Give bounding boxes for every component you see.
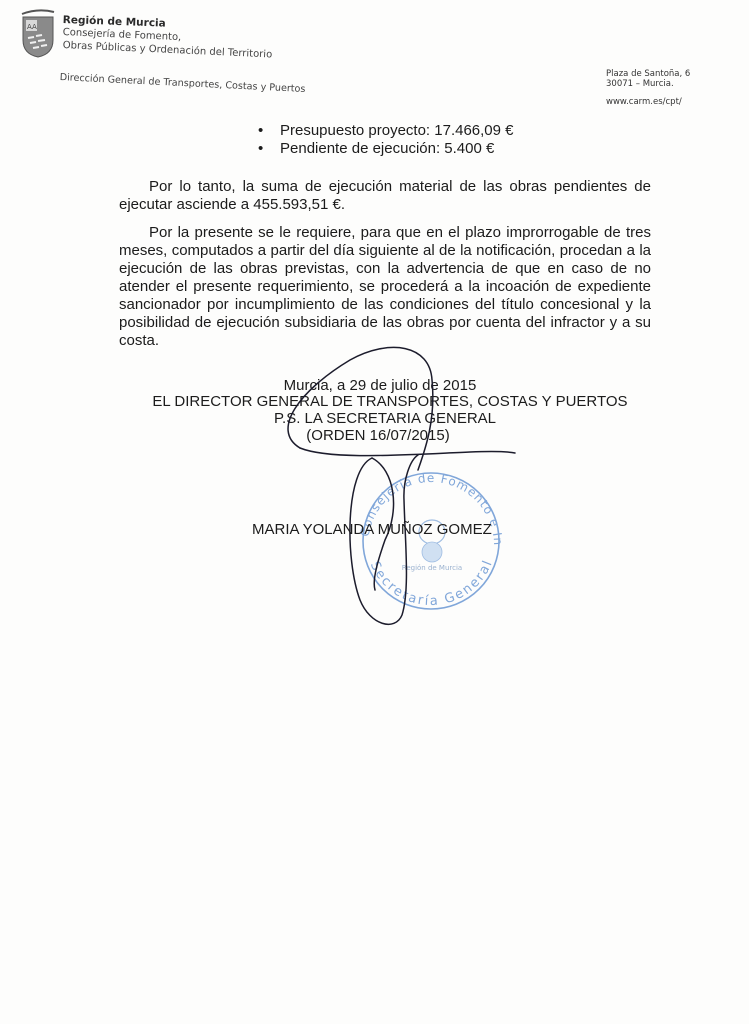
- requirement-paragraph: Por la presente se le requiere, para que…: [119, 224, 651, 350]
- svg-text:AA: AA: [27, 23, 37, 31]
- region-murcia-coat-of-arms-icon: AA: [20, 8, 56, 58]
- list-item: • Presupuesto proyecto: 17.466,09 €: [258, 122, 514, 140]
- address-line-2: 30071 – Murcia.: [606, 79, 690, 89]
- budget-item-text: Presupuesto proyecto: 17.466,09 €: [280, 122, 514, 139]
- letterhead-direccion: Dirección General de Transportes, Costas…: [59, 72, 305, 95]
- address-block: Plaza de Santoña, 6 30071 – Murcia.: [606, 69, 690, 89]
- stamp-middle-text: Región de Murcia: [402, 564, 462, 572]
- bullet-icon: •: [258, 122, 263, 140]
- total-paragraph: Por lo tanto, la suma de ejecución mater…: [119, 178, 651, 214]
- letterhead-obras: Obras Públicas y Ordenación del Territor…: [63, 40, 273, 60]
- website-link[interactable]: www.carm.es/cpt/: [606, 97, 682, 107]
- signatory-name: MARIA YOLANDA MUÑOZ GOMEZ: [252, 521, 492, 538]
- signatory-title: EL DIRECTOR GENERAL DE TRANSPORTES, COST…: [100, 393, 680, 410]
- place-date: Murcia, a 29 de julio de 2015: [90, 377, 670, 394]
- signatory-ps: P.S. LA SECRETARIA GENERAL: [95, 410, 675, 427]
- bullet-icon: •: [258, 140, 263, 158]
- budget-list: • Presupuesto proyecto: 17.466,09 € • Pe…: [258, 122, 514, 158]
- stamp-bottom-text: Secretaría General: [367, 557, 496, 609]
- svg-text:Secretaría General: Secretaría General: [367, 557, 496, 609]
- signatory-orden: (ORDEN 16/07/2015): [88, 427, 668, 444]
- list-item: • Pendiente de ejecución: 5.400 €: [258, 140, 514, 158]
- address-line-1: Plaza de Santoña, 6: [606, 69, 690, 79]
- pending-item-text: Pendiente de ejecución: 5.400 €: [280, 140, 494, 157]
